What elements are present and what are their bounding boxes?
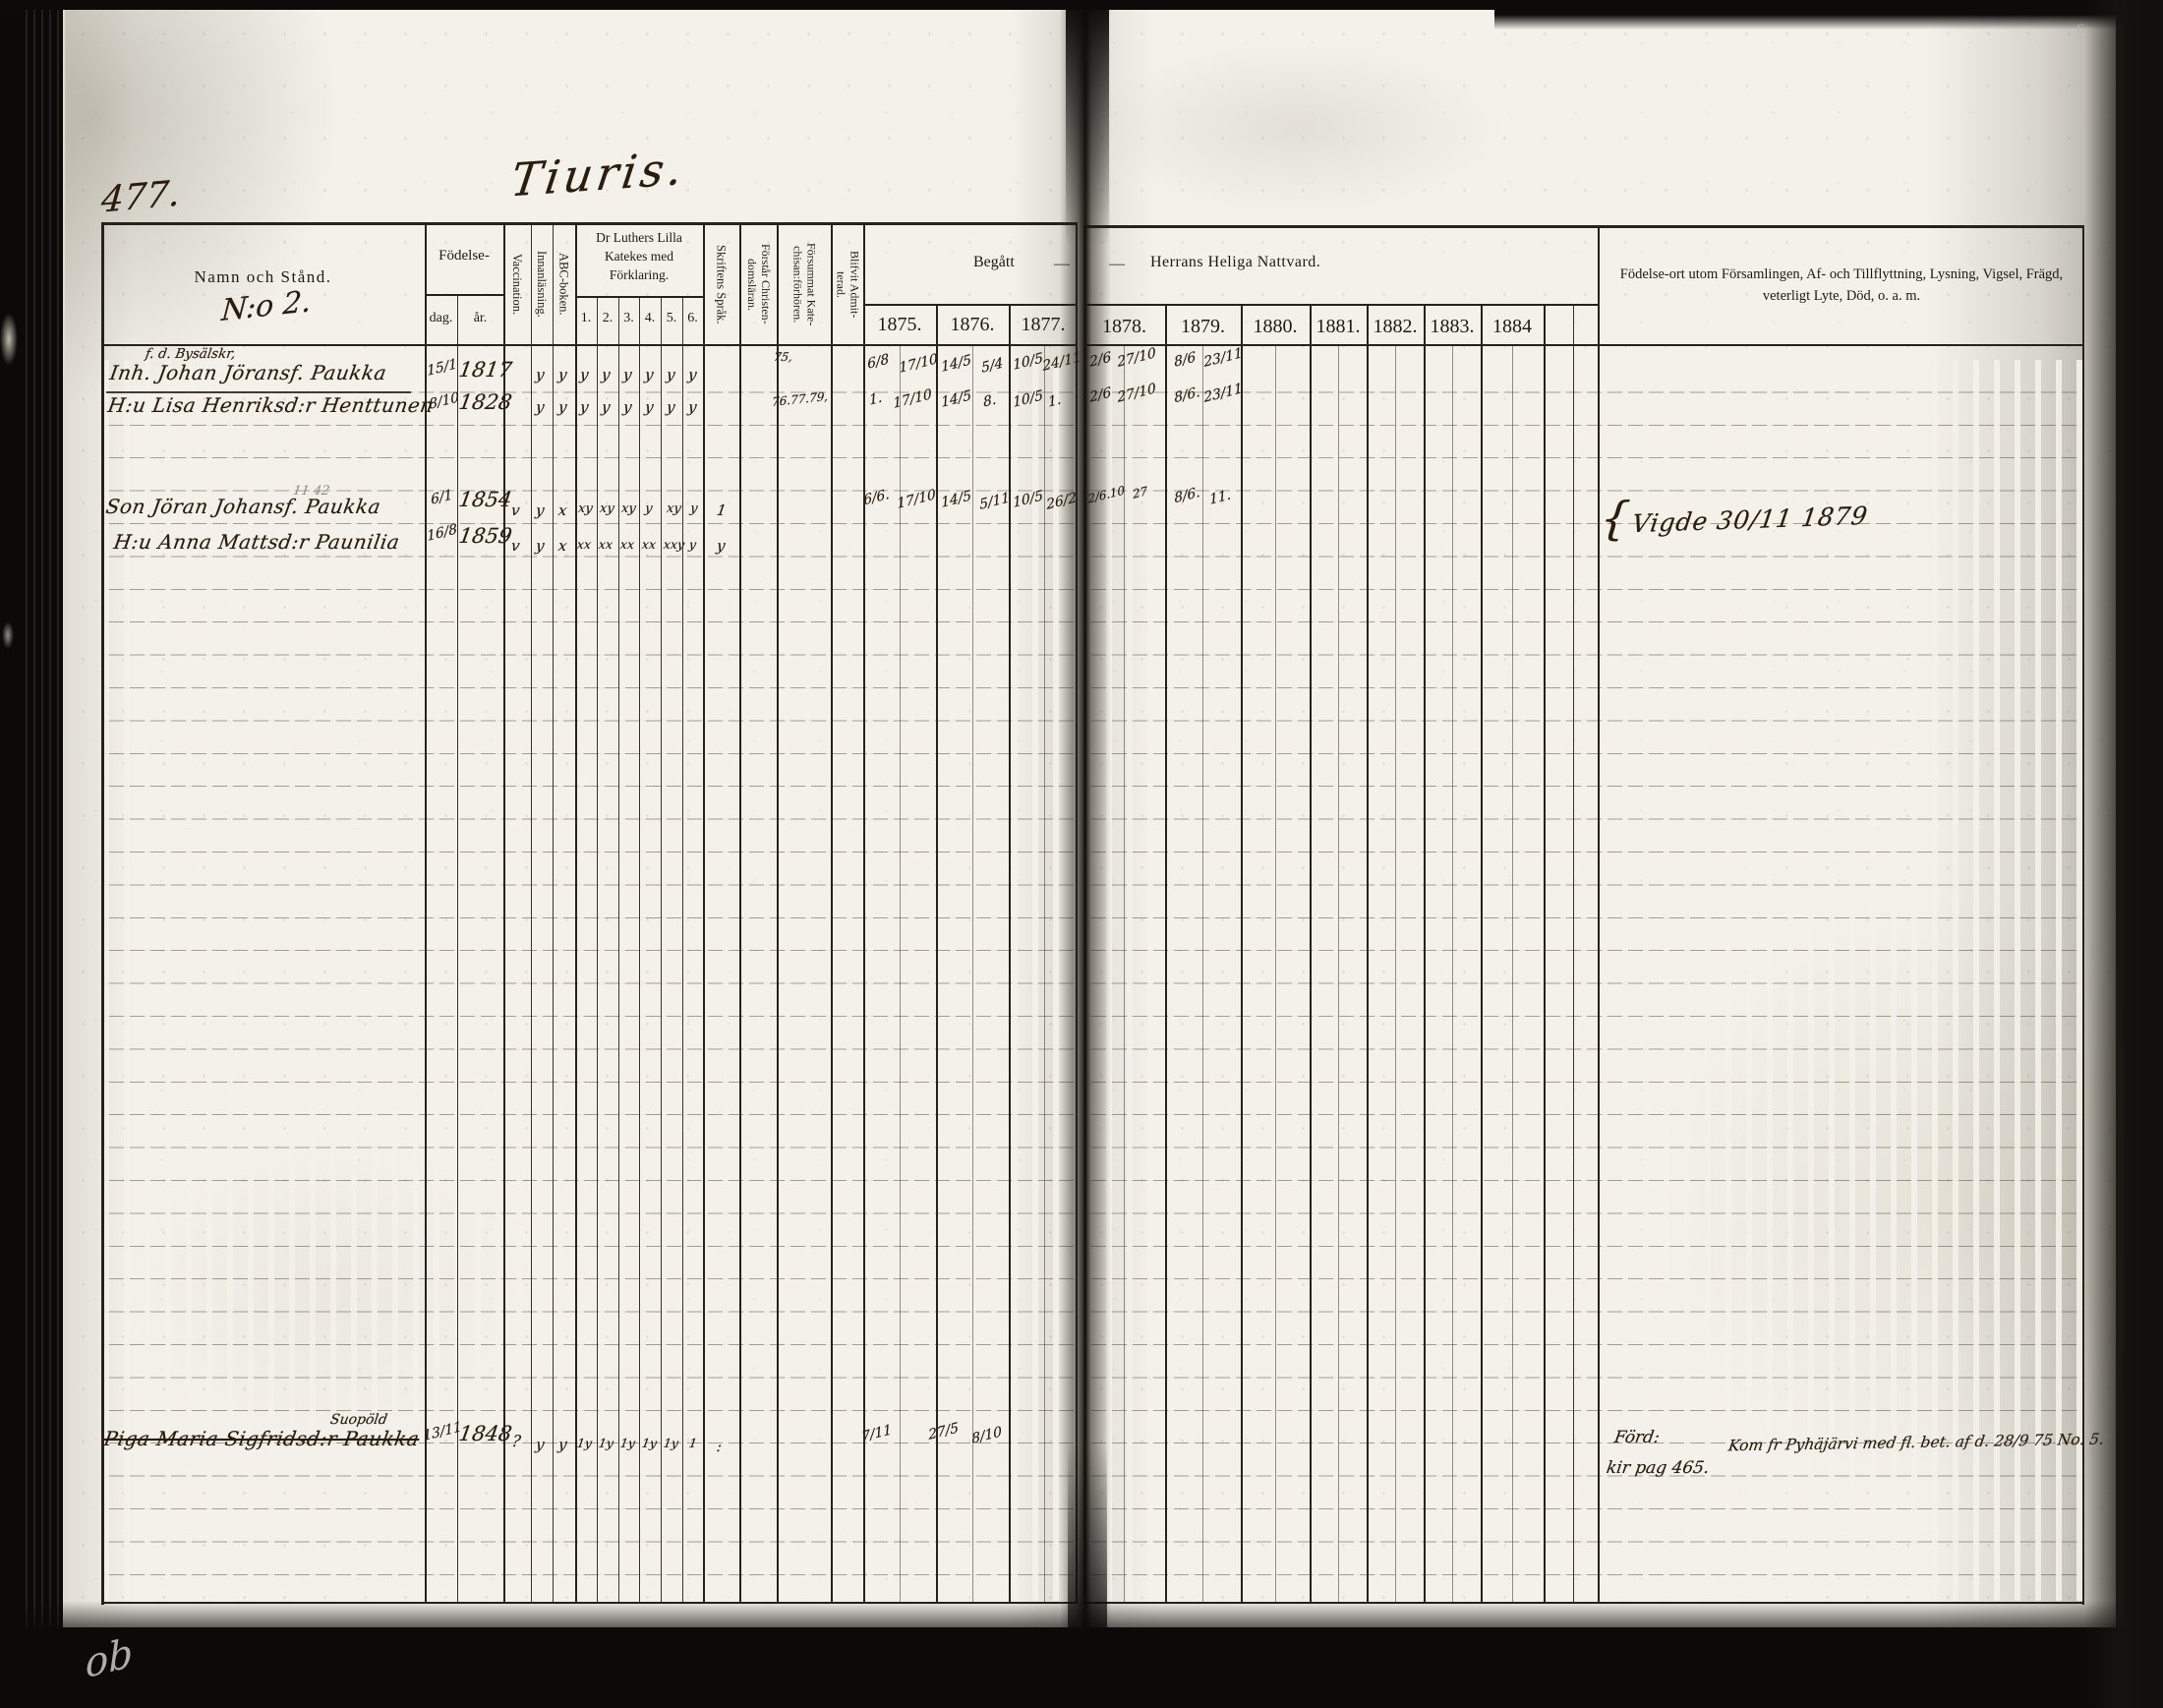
grid-line <box>972 346 973 1603</box>
innanlasning-label: Innanläsning. <box>535 226 549 342</box>
grid-line <box>1481 305 1483 1603</box>
mark-katekes: 1y <box>663 1436 679 1450</box>
grid-line <box>703 222 705 1603</box>
abc-boken-column-header: ABC-boken. <box>553 226 575 342</box>
birth-year-value: 1817 <box>457 358 513 382</box>
grid-line <box>1310 305 1312 1603</box>
mark-katekes: xx <box>598 537 614 552</box>
katekes-sub-5: 5. <box>661 311 682 326</box>
blifvit-admitterad-column-header: Blifvit Admit-terad. <box>831 226 863 342</box>
mark-katekes: xy <box>577 501 594 516</box>
year-header-1881: 1881. <box>1310 316 1367 338</box>
birth-year-value: 1854 <box>457 488 513 511</box>
mark-katekes: xx <box>641 537 657 552</box>
grid-line <box>101 344 1078 346</box>
mark-katekes: xx <box>619 537 635 552</box>
begatt-label: Begått <box>973 254 1015 271</box>
skriftens-sprak-column-header: Skriftens Språk. <box>703 226 739 342</box>
edge-blob <box>0 313 18 366</box>
katekes-sub-2: 2. <box>597 311 618 326</box>
scan-edge-bottom <box>0 1627 2163 1708</box>
grid-line <box>101 222 1078 225</box>
year-header-1877: 1877. <box>1009 314 1078 336</box>
transfer-note: kir pag 465. <box>1605 1458 1711 1478</box>
year-header-1883: 1883. <box>1424 316 1481 338</box>
transfer-note: Förd: <box>1612 1428 1661 1447</box>
grid-line <box>1083 344 2084 346</box>
communion-date: 8. <box>982 391 997 410</box>
entry-name: Inh. Johan Jöransf. Paukka <box>108 361 388 384</box>
mark-katekes: xx <box>576 537 592 552</box>
corner-scribble: ob <box>85 1629 134 1687</box>
blifvit-line-1: Blifvit Admit- <box>848 251 861 318</box>
grid-line <box>1452 346 1453 1603</box>
grid-line <box>1424 305 1426 1603</box>
mark-katekes: xy <box>620 501 637 516</box>
grid-line <box>1083 1602 2084 1604</box>
grid-line <box>900 346 901 1603</box>
grid-line <box>863 304 1078 306</box>
entry-name: Son Jöran Johansf. Paukka <box>104 495 382 518</box>
grid-line <box>597 297 598 1603</box>
birth-year-value: 1859 <box>457 524 513 548</box>
grid-line <box>1241 305 1243 1603</box>
entry-name: H:u Anna Mattsd:r Paunilia <box>112 530 401 554</box>
birth-year-value: 1828 <box>457 390 513 414</box>
row-pre-note: f. d. Bysälskr, <box>145 346 237 362</box>
grid-line <box>425 222 427 1603</box>
name-column-header: Namn och Stånd. <box>101 267 425 287</box>
year-header-1878: 1878. <box>1083 316 1165 338</box>
mark-katekes: 1y <box>598 1436 614 1450</box>
grid-line <box>682 297 683 1603</box>
forsummat-line-1: Försummat Kate- <box>804 243 818 325</box>
grid-line <box>101 1602 1078 1604</box>
communion-date: 1. <box>868 389 883 408</box>
grid-line <box>553 222 554 1603</box>
grid-line <box>1338 346 1339 1603</box>
book-scan: Namn och Stånd. Födelse- dag. år. Vaccin… <box>0 0 2163 1708</box>
forsummat-column-header: Försummat Kate-chisan:förhören. <box>777 226 831 342</box>
grid-line <box>2082 225 2084 1605</box>
marriage-note-brace: { <box>1598 492 1632 545</box>
communion-date: 1. <box>1047 391 1062 410</box>
grid-line <box>1165 305 1167 1603</box>
mark-katekes: xxy <box>663 537 686 552</box>
grid-line <box>1275 346 1276 1603</box>
innanlasning-column-header: Innanläsning. <box>531 226 553 342</box>
birth-year-value: 1848 <box>457 1422 513 1445</box>
year-header-1882: 1882. <box>1367 316 1424 338</box>
mark-katekes: xy <box>599 501 615 516</box>
forstar-line-1: Förstår Christen- <box>759 244 773 324</box>
katekes-column-header: Dr Luthers Lilla Katekes med Förklaring. <box>577 229 701 285</box>
skriftens-sprak-label: Skriftens Språk. <box>714 226 728 342</box>
entry-name: H:u Lisa Henriksd:r Henttunen <box>106 393 436 417</box>
grid-line <box>101 222 104 1605</box>
mark-katekes: 1y <box>641 1436 658 1450</box>
year-header-1876: 1876. <box>936 314 1009 336</box>
nattvard-label: Herrans Heliga Nattvard. <box>1150 254 1320 271</box>
forstar-christendomslaran-column-header: Förstår Christen-domsläran. <box>739 226 777 342</box>
grid-line <box>425 294 503 296</box>
grid-line <box>1124 346 1125 1603</box>
row-pre-note: Suopöld <box>329 1412 388 1428</box>
grid-line <box>1395 346 1396 1603</box>
grid-line <box>777 222 779 1603</box>
blifvit-line-2: terad. <box>835 271 848 298</box>
grid-line <box>457 295 458 1603</box>
grid-line <box>1367 305 1369 1603</box>
grid-line <box>1573 305 1574 1603</box>
ruled-lines-mask <box>1085 360 2082 1601</box>
grid-line <box>831 222 833 1603</box>
nattvard-dash: — <box>1109 256 1125 273</box>
birth-year-header: år. <box>457 311 503 326</box>
forstar-line-2: domsläran. <box>745 259 759 311</box>
birth-day-header: dag. <box>425 311 457 326</box>
grid-line <box>639 297 640 1603</box>
mark-katekes: 1y <box>576 1436 593 1450</box>
grid-line <box>1544 305 1546 1603</box>
grid-line <box>1202 346 1203 1603</box>
mark-forsummat: 75, <box>773 350 793 364</box>
grid-line <box>1598 225 1600 1603</box>
grid-line <box>575 296 703 298</box>
vaccination-label: Vaccination. <box>510 226 524 342</box>
grid-line <box>863 222 865 1603</box>
grid-line <box>503 222 505 1603</box>
grid-line <box>1512 346 1513 1603</box>
mark-katekes: 1y <box>619 1436 636 1450</box>
mark-katekes: xy <box>666 501 682 516</box>
birth-column-header: Födelse- <box>425 248 503 265</box>
grid-line <box>618 297 619 1603</box>
grid-line <box>1076 222 1078 1603</box>
year-header-1880: 1880. <box>1241 316 1310 338</box>
grid-line <box>739 222 741 1603</box>
grid-line <box>1083 225 1086 1603</box>
corner-page-number: 6 <box>2076 22 2084 38</box>
grid-line <box>661 297 662 1603</box>
forsummat-line-2: chisan:förhören. <box>791 246 805 323</box>
grid-line <box>1044 346 1045 1603</box>
grid-line <box>1083 225 2084 228</box>
scan-edge-left <box>0 0 63 1708</box>
grid-line <box>1083 304 1598 306</box>
katekes-sub-4: 4. <box>639 311 661 326</box>
page-number: 477. <box>99 173 181 220</box>
grid-line <box>531 222 532 1603</box>
year-header-1875: 1875. <box>863 314 936 336</box>
year-header-1879: 1879. <box>1165 316 1241 338</box>
katekes-sub-3: 3. <box>618 311 639 326</box>
abc-boken-label: ABC-boken. <box>556 226 570 342</box>
grid-line <box>575 222 577 1603</box>
begatt-dash: — <box>1054 256 1070 273</box>
katekes-sub-1: 1. <box>575 311 597 326</box>
year-header-1884: 1884 <box>1481 316 1544 338</box>
edge-blob <box>2 621 14 649</box>
katekes-sub-6: 6. <box>682 311 703 326</box>
notes-column-header: Födelse-ort utom Församlingen, Af- och T… <box>1614 264 2069 308</box>
vaccination-column-header: Vaccination. <box>503 226 531 342</box>
entry-name: Piga Maria Sigfridsd:r Paukka <box>102 1427 421 1450</box>
